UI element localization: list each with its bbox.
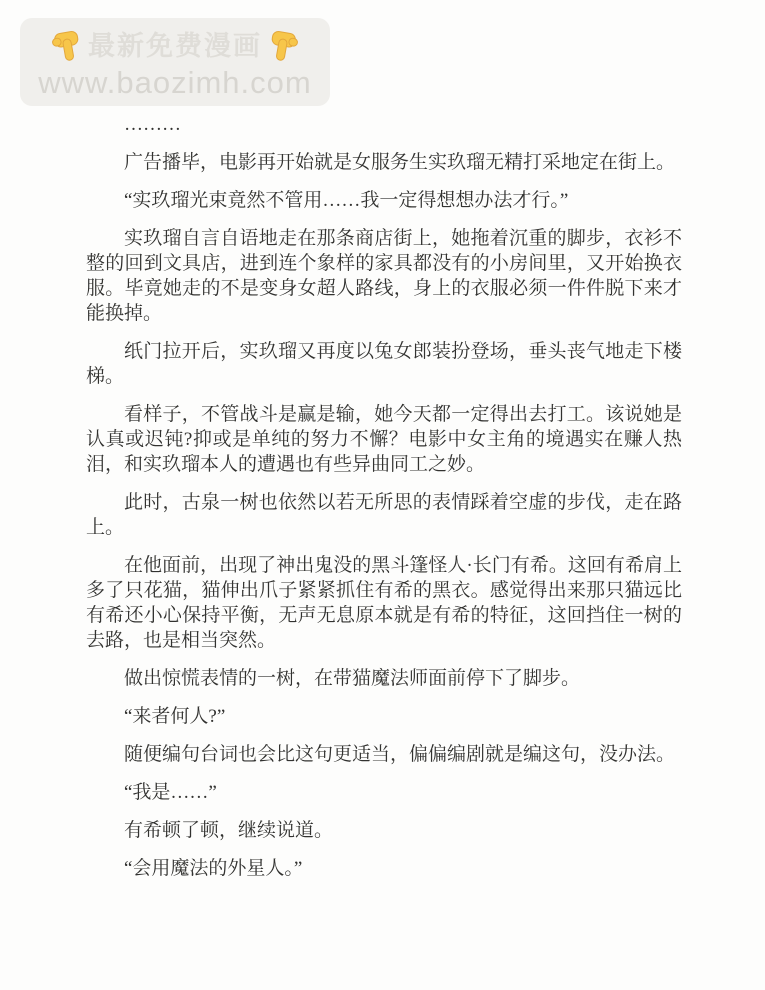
paragraph: 此时，古泉一树也依然以若无所思的表情踩着空虚的步伐，走在路上。 xyxy=(86,490,682,540)
paragraph: 做出惊慌表情的一树，在带猫魔法师面前停下了脚步。 xyxy=(86,666,682,691)
watermark-url: www.baozimh.com xyxy=(38,67,311,98)
point-down-icon xyxy=(49,28,85,64)
paragraph: 有希顿了顿，继续说道。 xyxy=(86,818,682,843)
novel-page: 最新免费漫画 www.baozimh.com ………广告播毕，电影再开始就是女服… xyxy=(0,0,765,990)
paragraph: 随便编句台词也会比这句更适当，偏偏编剧就是编这句，没办法。 xyxy=(86,742,682,767)
watermark-title: 最新免费漫画 xyxy=(88,33,262,60)
paragraph: ……… xyxy=(86,112,682,137)
watermark-title-row: 最新免费漫画 xyxy=(49,28,301,64)
paragraph: “会用魔法的外星人。” xyxy=(86,856,682,881)
paragraph: 在他面前，出现了神出鬼没的黑斗篷怪人·长门有希。这回有希肩上多了只花猫，猫伸出爪… xyxy=(86,553,682,653)
paragraph: 实玖瑠自言自语地走在那条商店街上，她拖着沉重的脚步，衣衫不整的回到文具店，进到连… xyxy=(86,226,682,326)
novel-text: ………广告播毕，电影再开始就是女服务生实玖瑠无精打采地定在街上。“实玖瑠光束竟然… xyxy=(86,112,682,894)
paragraph: “实玖瑠光束竟然不管用……我一定得想想办法才行。” xyxy=(86,188,682,213)
paragraph: 看样子，不管战斗是赢是输，她今天都一定得出去打工。该说她是认真或迟钝?抑或是单纯… xyxy=(86,402,682,477)
paragraph: “我是……” xyxy=(86,780,682,805)
paragraph: 广告播毕，电影再开始就是女服务生实玖瑠无精打采地定在街上。 xyxy=(86,150,682,175)
paragraph: “来者何人?” xyxy=(86,704,682,729)
point-down-icon xyxy=(265,28,301,64)
paragraph: 纸门拉开后，实玖瑠又再度以兔女郎装扮登场，垂头丧气地走下楼梯。 xyxy=(86,339,682,389)
watermark-badge: 最新免费漫画 www.baozimh.com xyxy=(20,18,330,106)
